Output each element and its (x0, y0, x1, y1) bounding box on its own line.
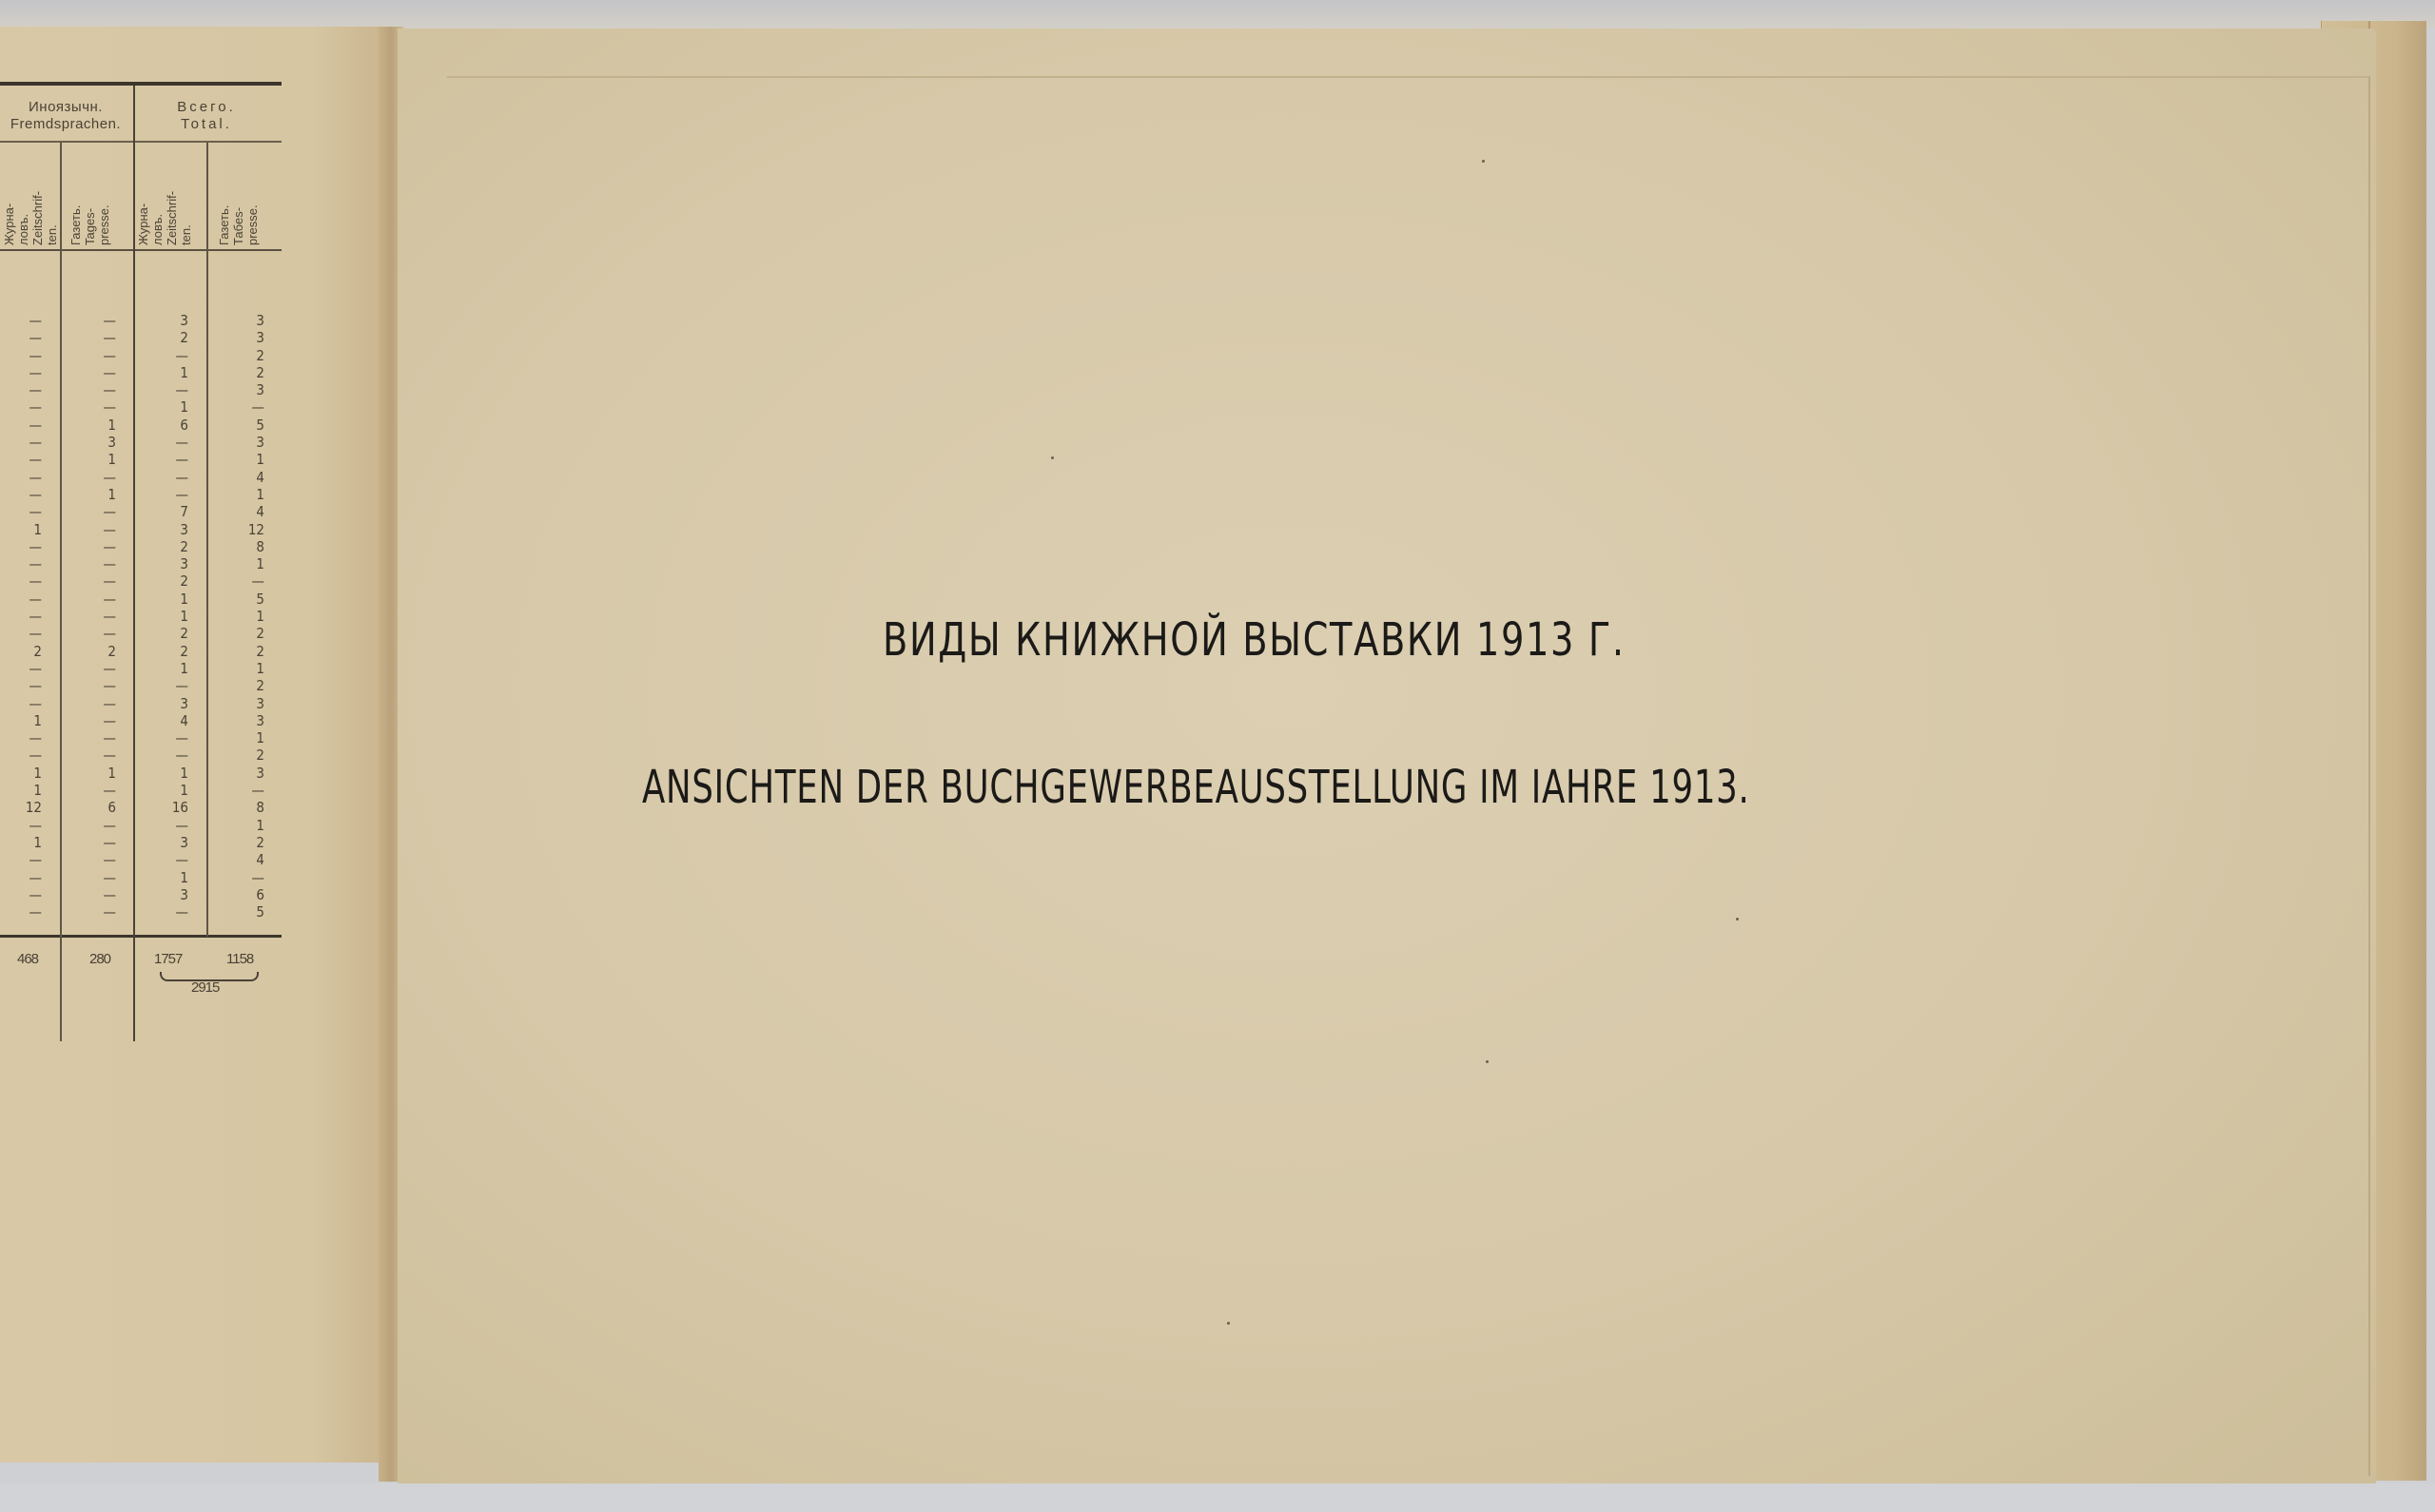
table-cell: — (59, 398, 116, 416)
table-cell: 1 (131, 869, 188, 886)
table-cell: 1 (207, 555, 264, 572)
table-cell: 5 (207, 417, 264, 434)
table-cell: 1 (207, 486, 264, 503)
table-cell: — (0, 660, 42, 677)
column-total-journals: 32—1—16————7323211221—34——1116—3—13— (131, 312, 188, 921)
table-cell: 1 (59, 451, 116, 468)
table-cell: — (0, 469, 42, 486)
table-cell: 2 (131, 643, 188, 660)
table-cell: — (59, 886, 116, 903)
table-cell: — (131, 729, 188, 746)
table-cell: 2 (207, 643, 264, 660)
table-cell: — (0, 608, 42, 625)
table-cell: 3 (207, 695, 264, 712)
table-cell: 2 (207, 364, 264, 381)
paper-speck (1482, 160, 1485, 163)
table-cell: — (0, 347, 42, 364)
subheader-newspapers: Газеть. Табes- presse. (217, 204, 260, 245)
table-cell: — (131, 677, 188, 694)
table-cell: 1 (131, 591, 188, 608)
table-cell: — (59, 712, 116, 729)
table-cell: — (59, 729, 116, 746)
table-cell: — (131, 434, 188, 451)
table-cell: — (0, 695, 42, 712)
table-cell: 2 (207, 746, 264, 764)
table-cell: 3 (131, 886, 188, 903)
table-cell: — (0, 312, 42, 329)
paper-speck (1227, 1322, 1230, 1325)
table-cell: — (59, 782, 116, 799)
table-cell: — (59, 381, 116, 398)
table-cell: 3 (131, 555, 188, 572)
table-cell: — (59, 591, 116, 608)
column-foreign-journals: ————————————1——————2———1——1112—1———— (0, 312, 42, 921)
subheader-journals: Журна- ловъ. Zeitschrif- ten. (136, 191, 193, 245)
table-cell: — (0, 851, 42, 868)
table-cell: — (0, 503, 42, 520)
table-cell: 7 (131, 503, 188, 520)
table-cell: — (0, 591, 42, 608)
table-cell: 3 (207, 712, 264, 729)
table-cell: — (131, 746, 188, 764)
group-header-ru: Иноязычн. (0, 99, 131, 116)
table-cell: — (131, 851, 188, 868)
table-cell: 2 (207, 347, 264, 364)
title-german: ANSICHTEN DER BUCHGEWERBEAUSSTELLUNG IM … (642, 761, 1750, 814)
table-cell: — (0, 451, 42, 468)
paper-speck (1486, 1060, 1489, 1063)
table-cell: — (0, 364, 42, 381)
table-cell: — (59, 851, 116, 868)
page-edge-line (2368, 21, 2427, 1476)
table-cell: 1 (131, 364, 188, 381)
total-journals: 1757 (154, 951, 182, 967)
table-cell: 3 (207, 765, 264, 782)
table-cell: — (0, 625, 42, 642)
table-cell: — (0, 886, 42, 903)
table-cell: 4 (207, 469, 264, 486)
table-cell: 3 (131, 312, 188, 329)
total-foreign-journals: 468 (17, 951, 38, 967)
table-cell: 2 (131, 329, 188, 346)
table-cell: — (0, 555, 42, 572)
table-cell: — (131, 347, 188, 364)
subheader-divider (0, 249, 282, 251)
table-cell: 3 (207, 434, 264, 451)
table-cell: 1 (131, 660, 188, 677)
table-cell: — (0, 903, 42, 921)
table-cell: 4 (131, 712, 188, 729)
table-cell: 2 (207, 677, 264, 694)
table-cell: 3 (207, 329, 264, 346)
table-cell: 2 (131, 625, 188, 642)
table-cell: — (59, 660, 116, 677)
header-divider (0, 141, 282, 143)
table-cell: 1 (0, 834, 42, 851)
table-cell: — (0, 729, 42, 746)
column-total-newspapers: 33223—5314141281—51221233123—8124—65 (207, 312, 264, 921)
table-cell: — (0, 417, 42, 434)
table-cell: 2 (0, 643, 42, 660)
table-cell: — (59, 834, 116, 851)
table-cell: 1 (131, 782, 188, 799)
table-cell: 3 (207, 312, 264, 329)
group-header-foreign: Иноязычн. Fremdsprachen. (0, 99, 131, 133)
table-cell: — (207, 869, 264, 886)
table-cell: — (0, 817, 42, 834)
table-cell: — (0, 746, 42, 764)
table-cell: 2 (207, 834, 264, 851)
table-bottom-rule (0, 935, 282, 938)
table-cell: — (0, 434, 42, 451)
background-surface (0, 1483, 2435, 1512)
table-cell: 1 (59, 486, 116, 503)
table-cell: 8 (207, 799, 264, 816)
table-cell: — (0, 329, 42, 346)
table-cell: — (131, 903, 188, 921)
table-cell: — (59, 469, 116, 486)
table-cell: — (207, 782, 264, 799)
subheader-newspapers: Газеть. Tages- presse. (68, 204, 111, 245)
table-cell: 3 (207, 381, 264, 398)
group-header-total: Всего. Total. (135, 99, 278, 133)
table-cell: — (59, 695, 116, 712)
table-cell: 1 (59, 765, 116, 782)
table-cell: 8 (207, 538, 264, 555)
table-top-rule (0, 82, 282, 86)
table-cell: — (59, 347, 116, 364)
table-cell: — (59, 538, 116, 555)
table-cell: 16 (131, 799, 188, 816)
table-cell: 6 (131, 417, 188, 434)
table-cell: 1 (131, 398, 188, 416)
table-cell: 1 (207, 729, 264, 746)
table-cell: — (0, 486, 42, 503)
column-foreign-newspapers: ——————131—1————————2——————1—6—————— (59, 312, 116, 921)
total-foreign-newspapers: 280 (89, 951, 110, 967)
table-cell: — (59, 572, 116, 590)
title-russian: ВИДЫ КНИЖНОЙ ВЫСТАВКИ 1913 Г. (883, 613, 1626, 667)
table-cell: — (59, 503, 116, 520)
table-cell: — (0, 398, 42, 416)
table-cell: — (59, 521, 116, 538)
table-cell: 1 (59, 417, 116, 434)
table-cell: — (59, 312, 116, 329)
table-cell: 1 (0, 521, 42, 538)
table-cell: — (0, 869, 42, 886)
table-cell: — (59, 608, 116, 625)
table-cell: — (0, 677, 42, 694)
grand-total: 2915 (191, 979, 219, 996)
table-cell: — (0, 538, 42, 555)
table-cell: 2 (131, 538, 188, 555)
total-newspapers: 1158 (226, 951, 253, 967)
table-cell: 12 (0, 799, 42, 816)
table-cell: 1 (207, 817, 264, 834)
table-cell: 5 (207, 903, 264, 921)
table-cell: — (59, 625, 116, 642)
table-cell: 1 (0, 712, 42, 729)
table-cell: — (59, 677, 116, 694)
table-cell: — (207, 572, 264, 590)
table-cell: 1 (207, 608, 264, 625)
table-cell: — (59, 364, 116, 381)
table-cell: — (59, 555, 116, 572)
table-cell: 1 (207, 660, 264, 677)
paper-speck (1736, 918, 1739, 921)
subheader-journals: Журна- ловъ. Zeitschrif- ten. (2, 191, 59, 245)
table-cell: 3 (131, 695, 188, 712)
table-cell: 2 (131, 572, 188, 590)
table-cell: — (131, 451, 188, 468)
table-cell: 2 (59, 643, 116, 660)
table-cell: — (59, 903, 116, 921)
group-header-de: Fremdsprachen. (0, 116, 131, 133)
table-cell: 1 (207, 451, 264, 468)
group-header-de: Total. (135, 116, 278, 133)
table-cell: — (131, 817, 188, 834)
left-page: Иноязычн. Fremdsprachen. Всего. Total. Ж… (0, 27, 390, 1463)
table-cell: 3 (131, 521, 188, 538)
table-cell: 1 (131, 765, 188, 782)
table-cell: 1 (0, 765, 42, 782)
table-cell: 2 (207, 625, 264, 642)
table-cell: 1 (131, 608, 188, 625)
table-cell: — (59, 817, 116, 834)
table-cell: — (207, 398, 264, 416)
background-surface (0, 0, 2435, 29)
table-cell: — (131, 381, 188, 398)
table-cell: — (0, 381, 42, 398)
table-cell: 12 (207, 521, 264, 538)
paper-speck (1051, 456, 1054, 459)
table-cell: 4 (207, 851, 264, 868)
table-cell: 6 (59, 799, 116, 816)
statistics-table: Иноязычн. Fremdsprachen. Всего. Total. Ж… (0, 0, 285, 1046)
group-header-ru: Всего. (135, 99, 278, 116)
table-cell: 3 (131, 834, 188, 851)
table-cell: — (59, 746, 116, 764)
table-cell: 1 (0, 782, 42, 799)
table-cell: 3 (59, 434, 116, 451)
table-cell: — (0, 572, 42, 590)
table-cell: 6 (207, 886, 264, 903)
table-cell: 4 (207, 503, 264, 520)
table-cell: — (131, 469, 188, 486)
table-cell: — (59, 869, 116, 886)
table-cell: 5 (207, 591, 264, 608)
table-cell: — (59, 329, 116, 346)
table-cell: — (131, 486, 188, 503)
